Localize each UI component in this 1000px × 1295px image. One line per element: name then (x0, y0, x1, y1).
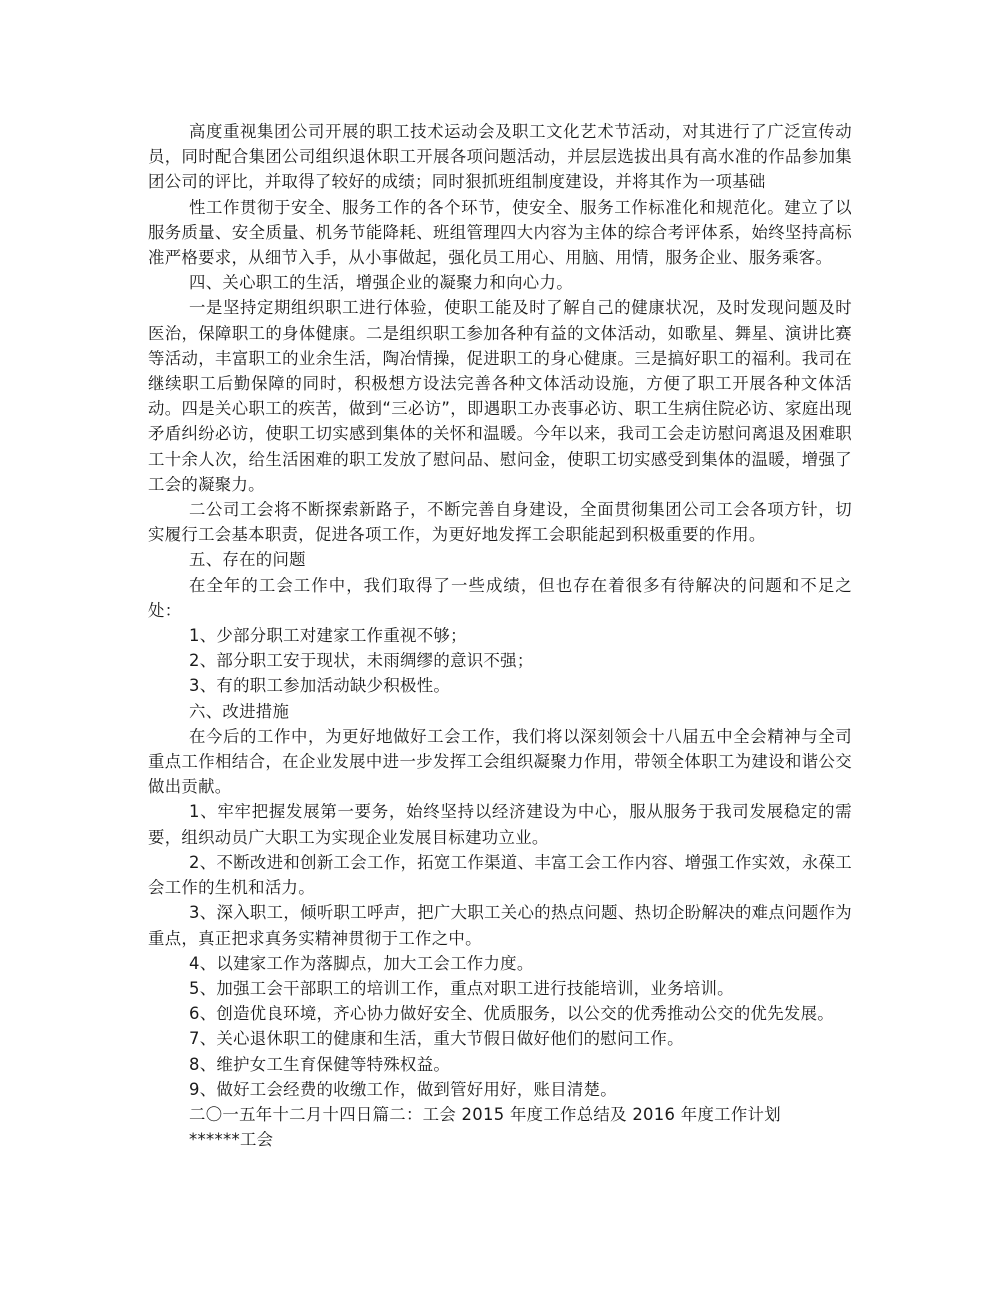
paragraph-union-outlook: 二公司工会将不断探索新路子，不断完善自身建设，全面贯彻集团公司工会各项方针，切实… (148, 497, 852, 547)
problem-item-2: 2、部分职工安于现状，未雨绸缪的意识不强； (148, 648, 852, 673)
paragraph-standardization: 性工作贯彻于安全、服务工作的各个环节，使安全、服务工作标准化和规范化。建立了以服… (148, 195, 852, 271)
heading-section-4: 四、关心职工的生活，增强企业的凝聚力和向心力。 (148, 270, 852, 295)
measure-item-7: 7、关心退休职工的健康和生活，重大节假日做好他们的慰问工作。 (148, 1026, 852, 1051)
paragraph-problems-intro: 在全年的工会工作中，我们取得了一些成绩，但也存在着很多有待解决的问题和不足之处： (148, 573, 852, 623)
paragraph-care-details: 一是坚持定期组织职工进行体验，使职工能及时了解自己的健康状况，及时发现问题及时医… (148, 295, 852, 497)
measure-item-6: 6、创造优良环境，齐心协力做好安全、优质服务，以公交的优秀推动公交的优先发展。 (148, 1001, 852, 1026)
heading-section-6: 六、改进措施 (148, 699, 852, 724)
measure-item-2: 2、不断改进和创新工会工作，拓宽工作渠道、丰富工会工作内容、增强工作实效，永葆工… (148, 850, 852, 900)
measure-item-9: 9、做好工会经费的收缴工作，做到管好用好，账目清楚。 (148, 1077, 852, 1102)
union-name-line: ******工会 (148, 1127, 852, 1152)
date-and-next-title: 二〇一五年十二月十四日篇二：工会 2015 年度工作总结及 2016 年度工作计… (148, 1102, 852, 1127)
document-page: 高度重视集团公司开展的职工技术运动会及职工文化艺术节活动，对其进行了广泛宣传动员… (148, 119, 852, 1152)
measure-item-3: 3、深入职工，倾听职工呼声，把广大职工关心的热点问题、热切企盼解决的难点问题作为… (148, 900, 852, 950)
paragraph-measures-intro: 在今后的工作中，为更好地做好工会工作，我们将以深刻领会十八届五中全会精神与全司重… (148, 724, 852, 800)
measure-item-8: 8、维护女工生育保健等特殊权益。 (148, 1052, 852, 1077)
problem-item-3: 3、有的职工参加活动缺少积极性。 (148, 673, 852, 698)
heading-section-5: 五、存在的问题 (148, 547, 852, 572)
paragraph-activities: 高度重视集团公司开展的职工技术运动会及职工文化艺术节活动，对其进行了广泛宣传动员… (148, 119, 852, 195)
measure-item-1: 1、牢牢把握发展第一要务，始终坚持以经济建设为中心，服从服务于我司发展稳定的需要… (148, 799, 852, 849)
measure-item-4: 4、以建家工作为落脚点，加大工会工作力度。 (148, 951, 852, 976)
measure-item-5: 5、加强工会干部职工的培训工作，重点对职工进行技能培训，业务培训。 (148, 976, 852, 1001)
problem-item-1: 1、少部分职工对建家工作重视不够； (148, 623, 852, 648)
